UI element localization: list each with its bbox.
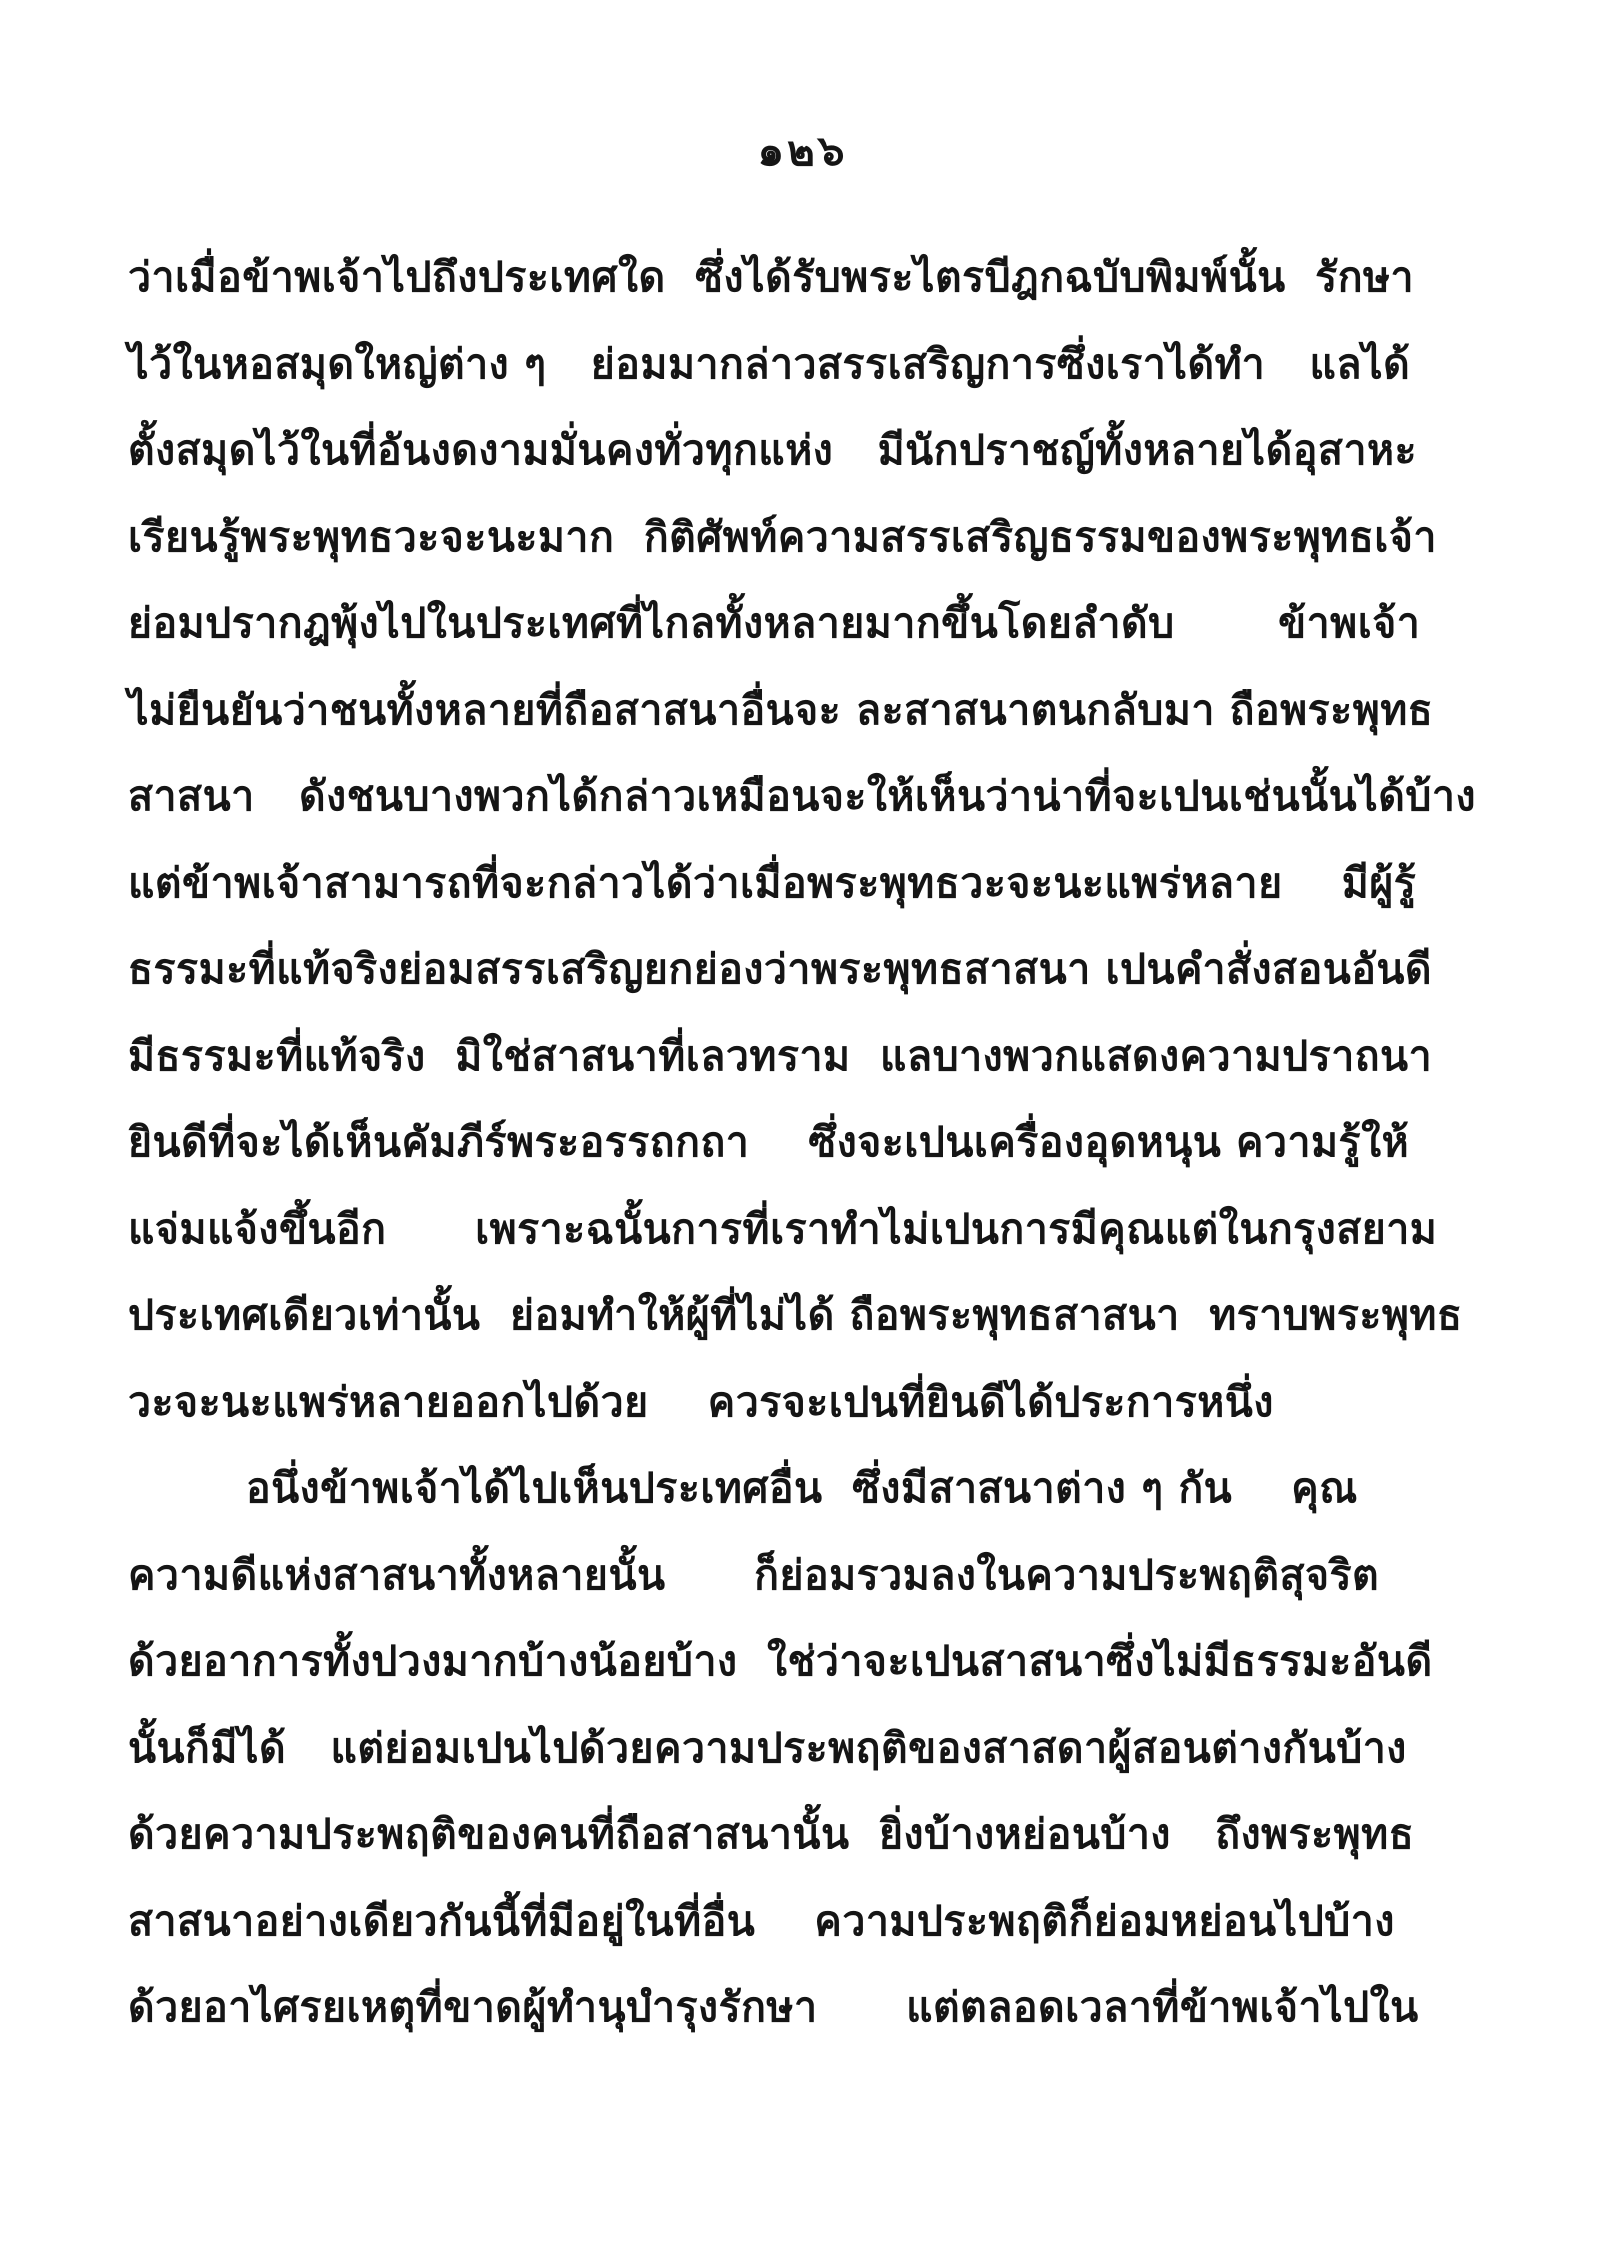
text-line: เรียนรู้พระพุทธวะจะนะมาก กิติศัพท์ความสร… [128, 494, 1488, 581]
text-line: ไม่ยืนยันว่าชนทั้งหลายที่ถือสาสนาอื่นจะ … [128, 667, 1488, 754]
text-line: แต่ข้าพเจ้าสามารถที่จะกล่าวได้ว่าเมื่อพร… [128, 840, 1488, 927]
scanned-book-page: ๑๒๖ ว่าเมื่อข้าพเจ้าไปถึงประเทศใด ซึ่งได… [0, 0, 1605, 2268]
text-line: ว่าเมื่อข้าพเจ้าไปถึงประเทศใด ซึ่งได้รับ… [128, 234, 1488, 321]
text-line: ด้วยอาการทั้งปวงมากบ้างน้อยบ้าง ใช่ว่าจะ… [128, 1618, 1488, 1705]
text-line: ด้วยความประพฤติของคนที่ถือสาสนานั้น ยิ่ง… [128, 1791, 1488, 1878]
page-number: ๑๒๖ [0, 118, 1605, 184]
text-line: ยินดีที่จะได้เห็นคัมภีร์พระอรรถกถา ซึ่งจ… [128, 1099, 1488, 1186]
text-line: นั้นก็มีได้ แต่ย่อมเปนไปด้วยความประพฤติข… [128, 1705, 1488, 1792]
text-line: สาสนา ดังชนบางพวกได้กล่าวเหมือนจะให้เห็น… [128, 753, 1488, 840]
text-line: ด้วยอาไศรยเหตุที่ขาดผู้ทำนุบำรุงรักษา แต… [128, 1964, 1488, 2051]
text-line: อนึ่งข้าพเจ้าได้ไปเห็นประเทศอื่น ซึ่งมีส… [128, 1445, 1488, 1532]
text-line: สาสนาอย่างเดียวกันนี้ที่มีอยู่ในที่อื่น … [128, 1878, 1488, 1965]
text-line: มีธรรมะที่แท้จริง มิใช่สาสนาที่เลวทราม แ… [128, 1013, 1488, 1100]
text-line: ย่อมปรากฎพุ้งไปในประเทศที่ไกลทั้งหลายมาก… [128, 580, 1488, 667]
text-line: ธรรมะที่แท้จริงย่อมสรรเสริญยกย่องว่าพระพ… [128, 926, 1488, 1013]
text-line: ตั้งสมุดไว้ในที่อันงดงามมั่นคงทั่วทุกแห่… [128, 407, 1488, 494]
text-line: วะจะนะแพร่หลายออกไปด้วย ควรจะเปนที่ยินดี… [128, 1359, 1488, 1446]
text-line: ประเทศเดียวเท่านั้น ย่อมทำให้ผู้ที่ไม่ได… [128, 1272, 1488, 1359]
text-line: ความดีแห่งสาสนาทั้งหลายนั้น ก็ย่อมรวมลงใ… [128, 1532, 1488, 1619]
text-line: แจ่มแจ้งขึ้นอีก เพราะฉนั้นการที่เราทำไม่… [128, 1186, 1488, 1273]
body-text-block: ว่าเมื่อข้าพเจ้าไปถึงประเทศใด ซึ่งได้รับ… [128, 234, 1488, 2051]
text-line: ไว้ในหอสมุดใหญ่ต่าง ๆ ย่อมมากล่าวสรรเสริ… [128, 321, 1488, 408]
